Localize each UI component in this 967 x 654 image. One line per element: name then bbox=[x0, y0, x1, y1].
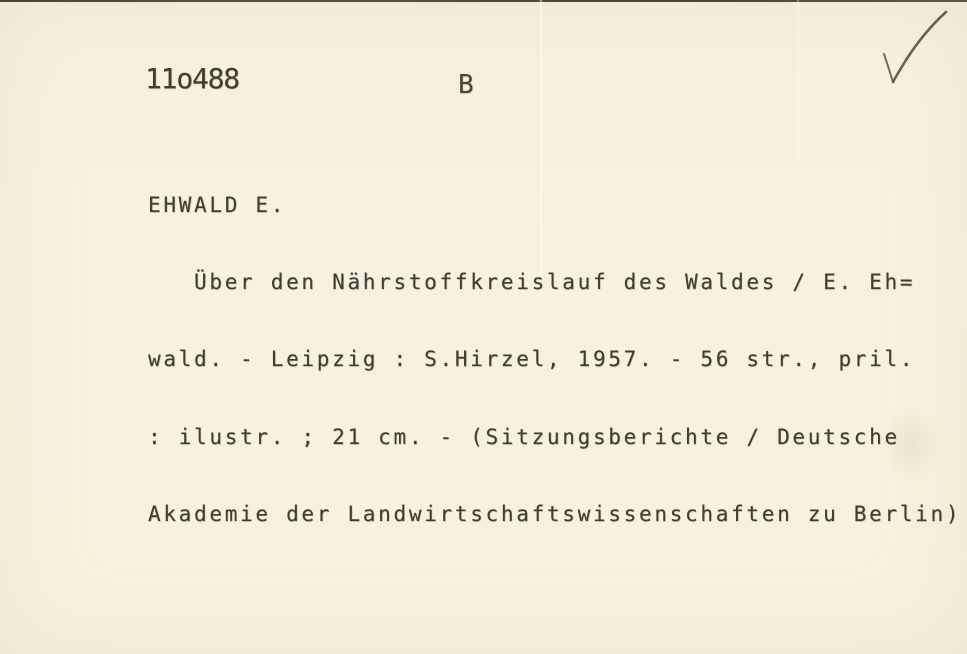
author-heading: EHWALD E. bbox=[148, 193, 961, 219]
entry-line: : ilustr. ; 21 cm. - (Sitzungsberichte /… bbox=[148, 425, 961, 451]
classification-letter: B bbox=[458, 70, 474, 100]
entry-line: Über den Nährstoffkreislauf des Waldes /… bbox=[148, 270, 961, 296]
paper-crease bbox=[797, 0, 799, 160]
call-number: 11o488 bbox=[145, 62, 239, 95]
entry-line: wald. - Leipzig : S.Hirzel, 1957. - 56 s… bbox=[148, 347, 961, 373]
scan-top-edge bbox=[0, 0, 967, 2]
entry-line: Akademie der Landwirtschaftswissenschaft… bbox=[148, 502, 961, 528]
catalog-entry: EHWALD E. Über den Nährstoffkreislauf de… bbox=[148, 141, 961, 580]
checkmark-icon bbox=[862, 8, 967, 96]
catalog-card: 11o488 B EHWALD E. Über den Nährstoffkre… bbox=[0, 0, 967, 654]
